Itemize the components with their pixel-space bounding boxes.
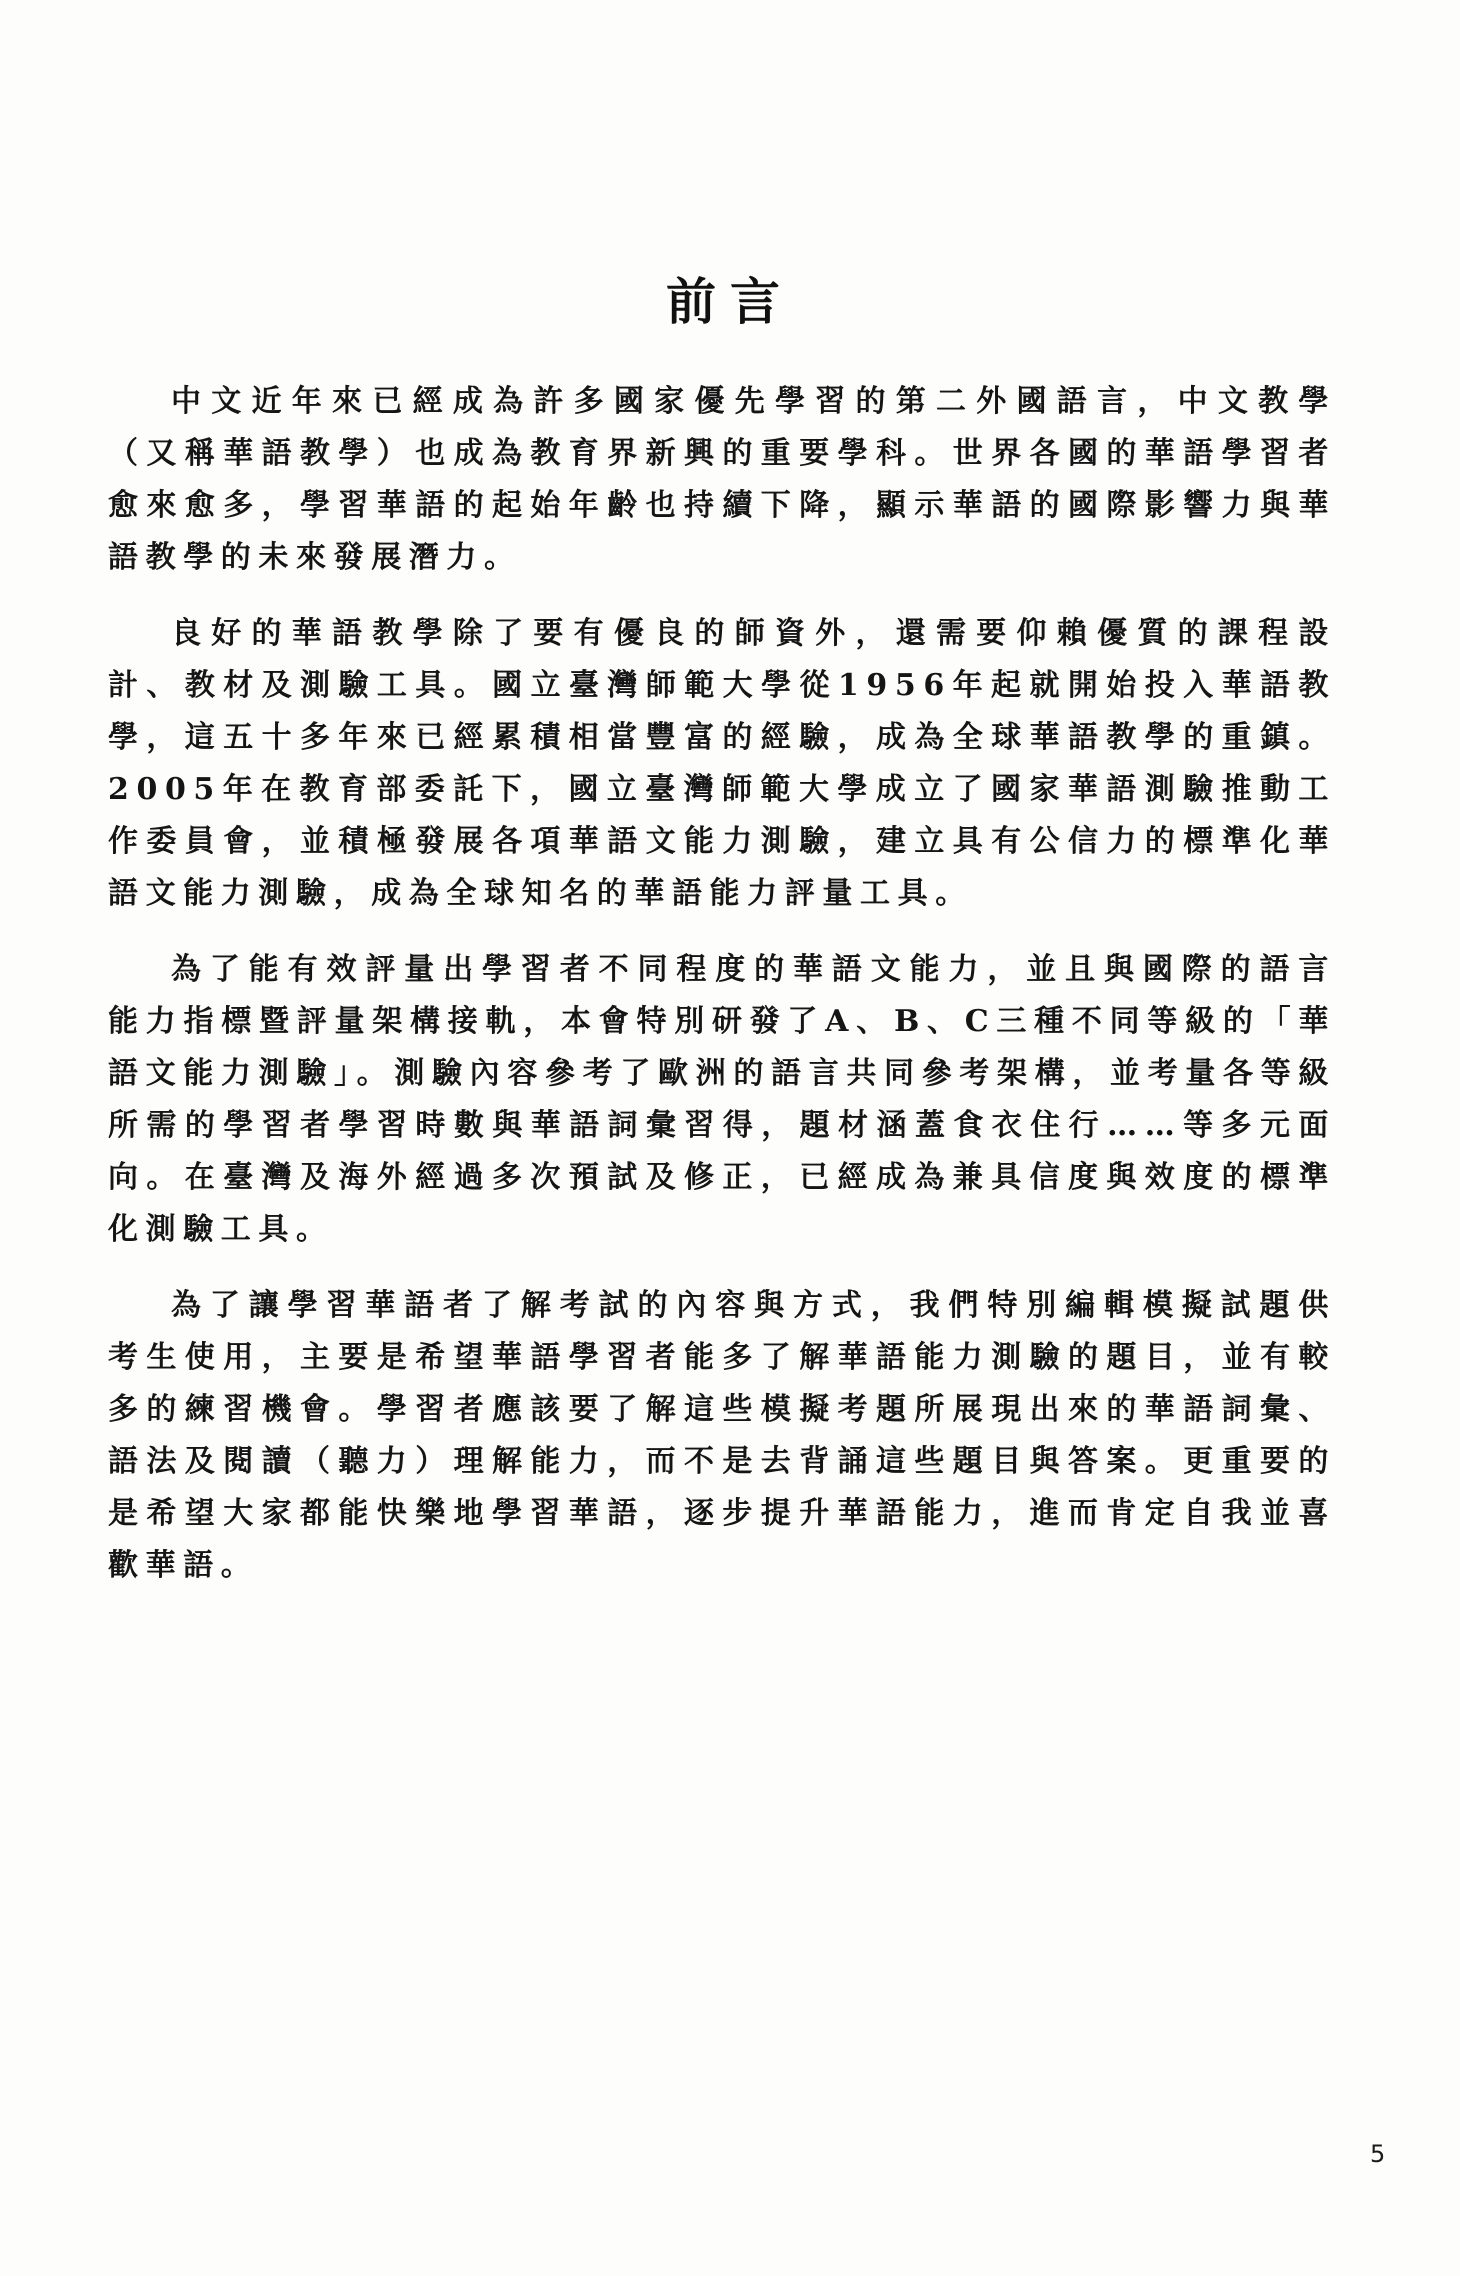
paragraph-4: 為了讓學習華語者了解考試的內容與方式，我們特別編輯模擬試題供考生使用，主要是希望… — [108, 1280, 1336, 1592]
paragraph-1: 中文近年來已經成為許多國家優先學習的第二外國語言，中文教學（又稱華語教學）也成為… — [108, 376, 1336, 584]
paragraph-3: 為了能有效評量出學習者不同程度的華語文能力，並且與國際的語言能力指標暨評量架構接… — [108, 944, 1336, 1256]
preface-body: 中文近年來已經成為許多國家優先學習的第二外國語言，中文教學（又稱華語教學）也成為… — [108, 376, 1336, 1616]
document-page: 前言 中文近年來已經成為許多國家優先學習的第二外國語言，中文教學（又稱華語教學）… — [0, 0, 1460, 2276]
page-number: 5 — [1370, 2140, 1385, 2168]
paragraph-2: 良好的華語教學除了要有優良的師資外，還需要仰賴優質的課程設計、教材及測驗工具。國… — [108, 608, 1336, 920]
page-title: 前言 — [0, 272, 1460, 332]
